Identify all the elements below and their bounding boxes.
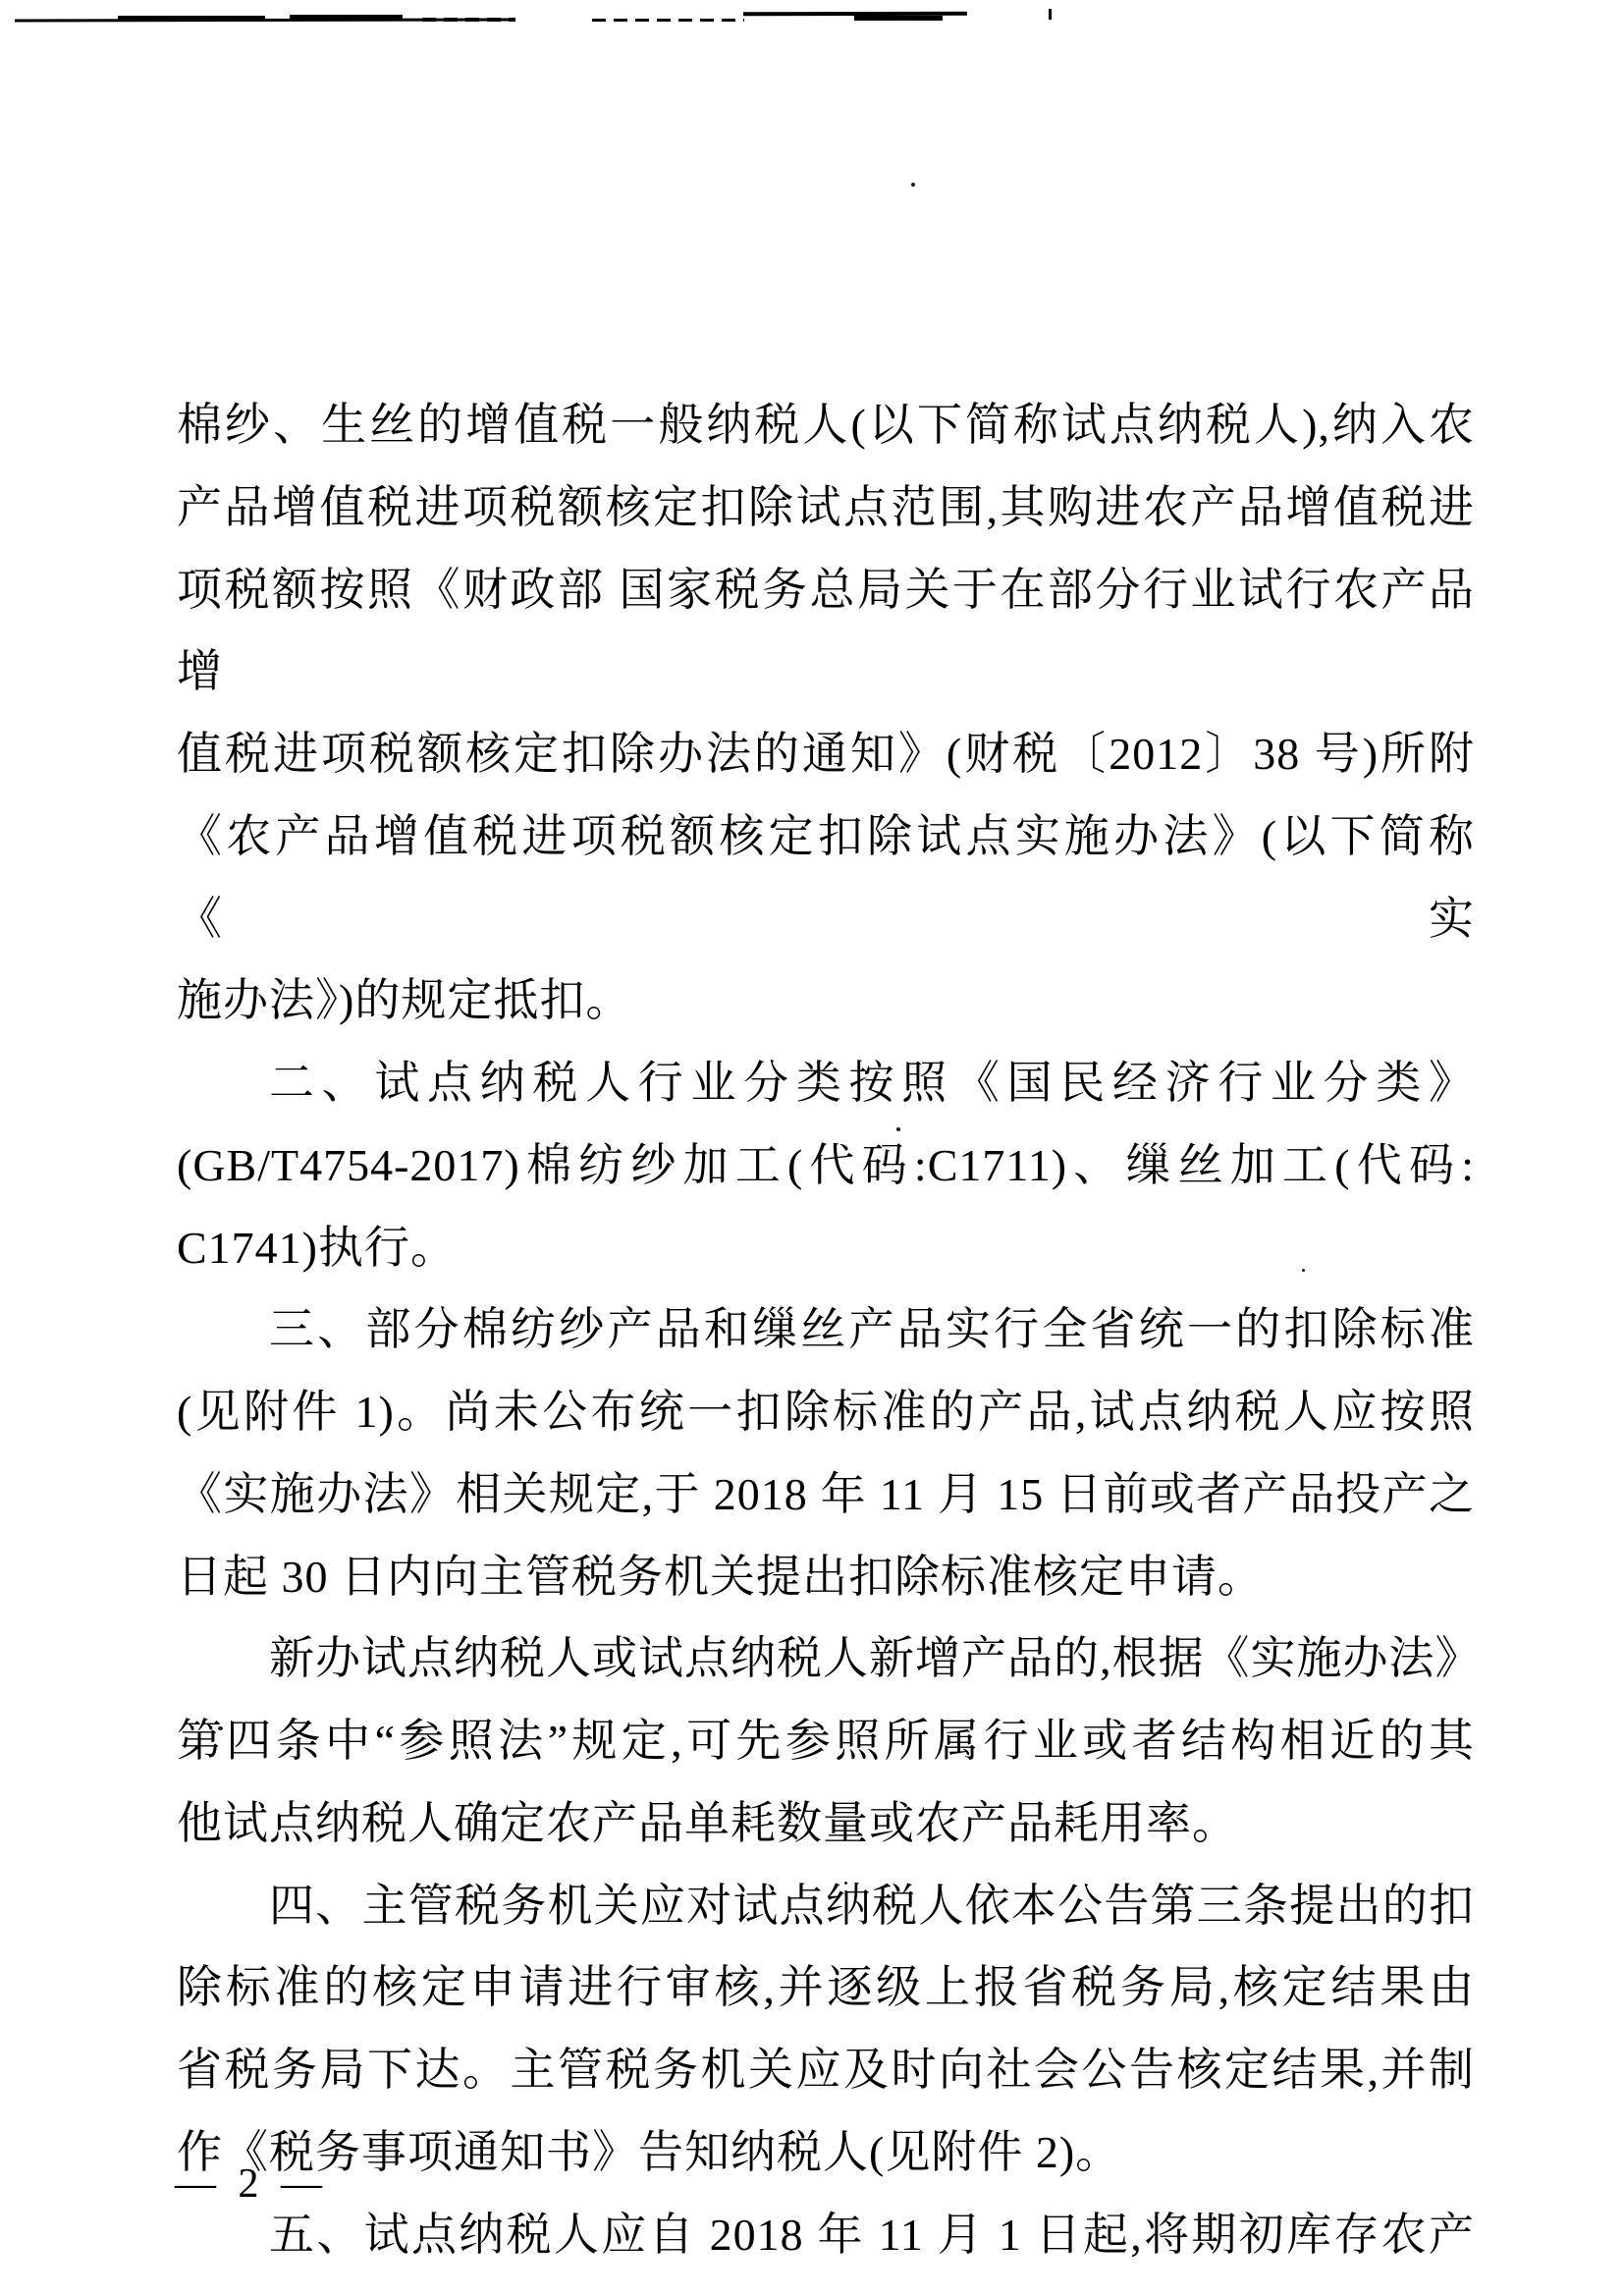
- text-line-18: 除标准的核定申请进行审核,并逐级上报省税务局,核定结果由: [177, 1946, 1475, 2029]
- text-line-15: 第四条中“参照法”规定,可先参照所属行业或者结构相近的其: [177, 1700, 1475, 1782]
- text-line-1: 棉纱、生丝的增值税一般纳税人(以下简称试点纳税人),纳入农: [177, 384, 1475, 466]
- text-line-4: 值税进项税额核定扣除办法的通知》(财税〔2012〕38 号)所附: [177, 713, 1475, 795]
- text-line-7: 二、试点纳税人行业分类按照《国民经济行业分类》: [177, 1042, 1475, 1124]
- text-line-21: 五、试点纳税人应自 2018 年 11 月 1 日起,将期初库存农产: [177, 2194, 1475, 2276]
- text-line-10: 三、部分棉纺纱产品和缫丝产品实行全省统一的扣除标准: [177, 1288, 1475, 1371]
- text-line-6: 施办法》)的规定抵扣。: [177, 959, 1475, 1042]
- text-line-8: (GB/T4754-2017)棉纺纱加工(代码:C1711)、缫丝加工(代码:: [177, 1124, 1475, 1207]
- text-line-11: (见附件 1)。尚未公布统一扣除标准的产品,试点纳税人应按照: [177, 1371, 1475, 1453]
- text-line-13: 日起 30 日内向主管税务机关提出扣除标准核定申请。: [177, 1536, 1475, 1618]
- text-line-2: 产品增值税进项税额核定扣除试点范围,其购进农产品增值税进: [177, 466, 1475, 549]
- page-number: — 2 —: [175, 2160, 328, 2208]
- text-line-16: 他试点纳税人确定农产品单耗数量或农产品耗用率。: [177, 1782, 1475, 1865]
- text-line-3: 项税额按照《财政部 国家税务总局关于在部分行业试行农产品增: [177, 549, 1475, 714]
- text-line-20: 作《税务事项通知书》告知纳税人(见附件 2)。: [177, 2111, 1475, 2194]
- text-line-19: 省税务局下达。主管税务机关应及时向社会公告核定结果,并制: [177, 2029, 1475, 2111]
- document-body: 棉纱、生丝的增值税一般纳税人(以下简称试点纳税人),纳入农产品增值税进项税额核定…: [177, 384, 1475, 2275]
- text-line-12: 《实施办法》相关规定,于 2018 年 11 月 15 日前或者产品投产之: [177, 1453, 1475, 1536]
- text-line-5: 《农产品增值税进项税额核定扣除试点实施办法》(以下简称《实: [177, 795, 1475, 960]
- text-line-9: C1741)执行。: [177, 1207, 1475, 1289]
- document-page: 棉纱、生丝的增值税一般纳税人(以下简称试点纳税人),纳入农产品增值税进项税额核定…: [0, 0, 1623, 2296]
- text-line-17: 四、主管税务机关应对试点纳税人依本公告第三条提出的扣: [177, 1865, 1475, 1947]
- text-line-14: 新办试点纳税人或试点纳税人新增产品的,根据《实施办法》: [177, 1617, 1475, 1700]
